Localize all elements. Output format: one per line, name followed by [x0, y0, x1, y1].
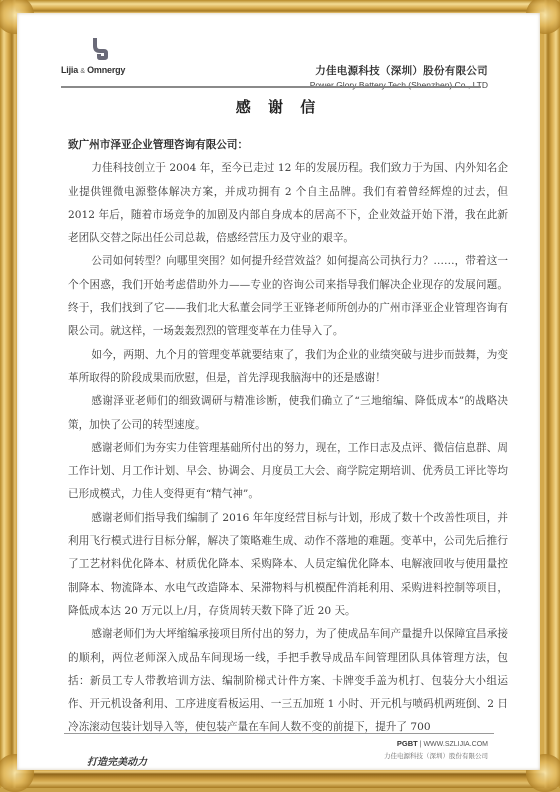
logo-mark-icon: [89, 37, 109, 61]
letter-page: Lijia & Omnergy 力佳电源科技（深圳）股份有限公司 Power G…: [17, 13, 540, 770]
logo-brand: Lijia: [61, 65, 78, 75]
paragraph: 公司如何转型？向哪里突围？如何提升经营效益？如何提高公司执行力？……，带着这一个…: [68, 250, 508, 343]
letter-salutation: 致广州市泽亚企业管理咨询有限公司：: [68, 134, 508, 157]
letter-body: 致广州市泽亚企业管理咨询有限公司： 力佳科技创立于 2004 年，至今已走过 1…: [68, 134, 508, 740]
logo-wordmark: Lijia & Omnergy: [61, 65, 125, 75]
paragraph: 感谢老师们指导我们编制了 2016 年年度经营目标与计划，形成了数十个改善性项目…: [68, 507, 508, 623]
paragraph: 感谢泽亚老师们的细致调研与精准诊断，使我们确立了“三地缩编、降低成本”的战略决策…: [68, 390, 508, 437]
footer-website-line: PGBT | WWW.SZLIJIA.COM: [384, 739, 488, 748]
header-divider: [61, 86, 481, 88]
paragraph: 力佳科技创立于 2004 年，至今已走过 12 年的发展历程。我们致力于为国、内…: [68, 157, 508, 250]
footer-separator: |: [420, 741, 422, 748]
paragraph: 如今，两期、九个月的管理变革就要结束了，我们为企业的业绩突破与进步而鼓舞，为变革…: [68, 344, 508, 391]
letter-title: 感 谢 信: [17, 96, 540, 117]
footer-slogan: 打造完美动力: [87, 753, 147, 768]
company-name-en: Power Glory Battery Tech (Shenzhen) Co.,…: [310, 80, 488, 90]
logo-partner: Omnergy: [87, 65, 125, 75]
company-name-cn: 力佳电源科技（深圳）股份有限公司: [310, 63, 488, 78]
footer-company-name: 力佳电源科技（深圳）股份有限公司: [384, 751, 488, 760]
paragraph: 感谢老师们为大坪缩编承接项目所付出的努力，为了使成品车间产量提升以保障宜昌承接的…: [68, 623, 508, 739]
company-logo: Lijia & Omnergy: [61, 37, 161, 79]
footer-website: WWW.SZLIJIA.COM: [423, 741, 488, 748]
paragraph: 感谢老师们为夯实力佳管理基础所付出的努力，现在，工作日志及点评、微信信息群、周工…: [68, 437, 508, 507]
gold-picture-frame: Lijia & Omnergy 力佳电源科技（深圳）股份有限公司 Power G…: [0, 0, 560, 788]
footer-divider: [64, 733, 494, 734]
footer-brand-code: PGBT: [397, 739, 418, 748]
footer-company-info: PGBT | WWW.SZLIJIA.COM 力佳电源科技（深圳）股份有限公司: [384, 739, 488, 760]
logo-amp: &: [80, 68, 84, 75]
